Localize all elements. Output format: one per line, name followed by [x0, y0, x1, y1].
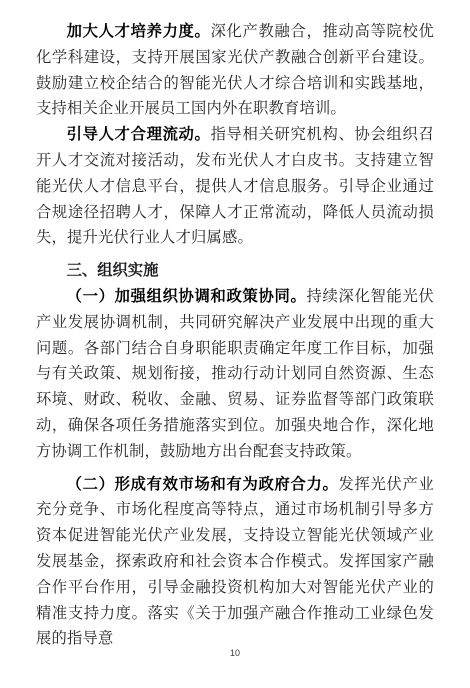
paragraph-lead: 加大人才培养力度。: [67, 23, 211, 40]
paragraph-coordination-policy: （一）加强组织协调和政策协同。持续深化智能光伏产业发展协调机制，共同研究解决产业…: [36, 284, 434, 465]
page-number: 10: [0, 648, 470, 658]
paragraph-lead: （二）形成有效市场和有为政府合力。: [67, 476, 339, 493]
document-page: 加大人才培养力度。深化产教融合，推动高等院校优化学科建设，支持开展国家光伏产教融…: [0, 0, 470, 688]
paragraph-lead: 引导人才合理流动。: [67, 126, 211, 143]
paragraph-body: 指导相关研究机构、协会组织召开人才交流对接活动，发布光伏人才白皮书。支持建立智能…: [36, 126, 434, 246]
paragraph-talent-mobility: 引导人才合理流动。指导相关研究机构、协会组织召开人才交流对接活动，发布光伏人才白…: [36, 122, 434, 251]
section-heading: 三、组织实施: [36, 258, 434, 284]
paragraph-talent-training: 加大人才培养力度。深化产教融合，推动高等院校优化学科建设，支持开展国家光伏产教融…: [36, 19, 434, 122]
paragraph-body: 发挥光伏产业充分竞争、市场化程度高等特点，通过市场机制引导多方资本促进智能光伏产…: [36, 476, 434, 648]
paragraph-body: 持续深化智能光伏产业发展协调机制，共同研究解决产业发展中出现的重大问题。各部门结…: [36, 288, 434, 460]
paragraph-lead: （一）加强组织协调和政策协同。: [67, 288, 307, 305]
paragraph-market-government: （二）形成有效市场和有为政府合力。发挥光伏产业充分竞争、市场化程度高等特点，通过…: [36, 472, 434, 653]
